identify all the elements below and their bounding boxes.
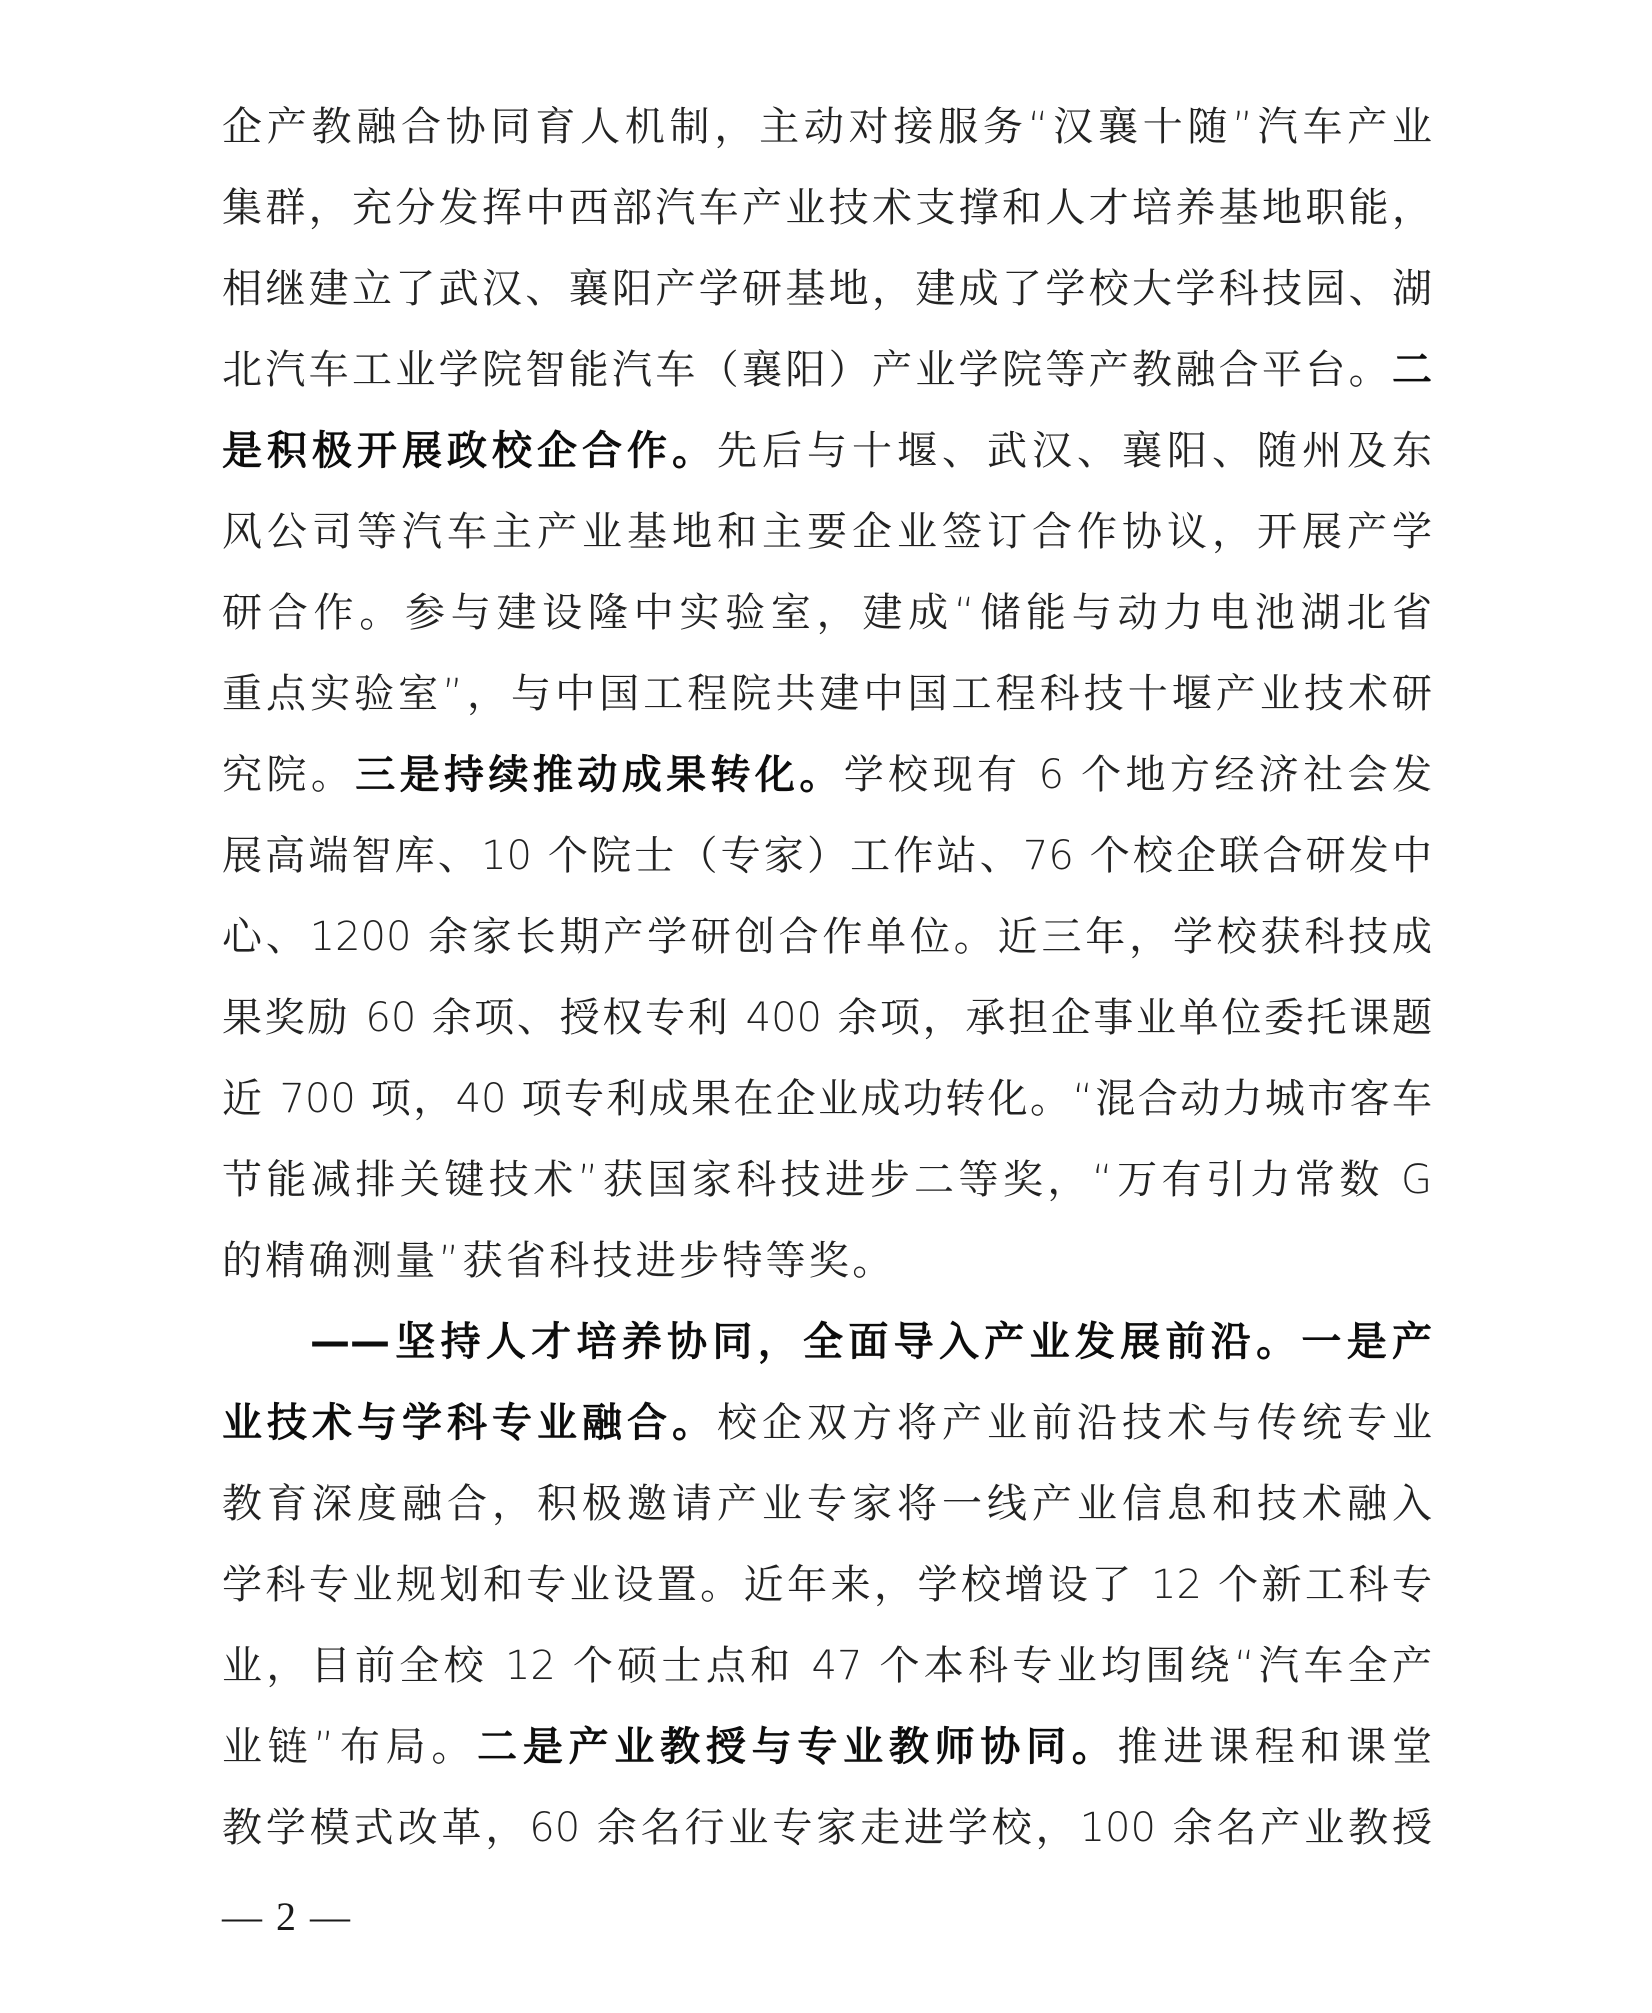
section-heading-run: ——坚持人才培养协同，全面导入产业发展前沿。 <box>310 1319 1301 1365</box>
text-line-16: ——坚持人才培养协同，全面导入产业发展前沿。一是产 <box>222 1313 1432 1394</box>
text-run: 风公司等汽车主产业基地和主要企业签订合作协议，开展产学 <box>222 509 1432 555</box>
text-line-6: 风公司等汽车主产业基地和主要企业签订合作协议，开展产学 <box>222 503 1432 584</box>
text-line-17: 业技术与学科专业融合。校企双方将产业前沿技术与传统专业 <box>222 1394 1432 1475</box>
text-line-3: 相继建立了武汉、襄阳产学研基地，建成了学校大学科技园、湖 <box>222 260 1432 341</box>
text-run: 教育深度融合，积极邀请产业专家将一线产业信息和技术融入 <box>222 1481 1432 1527</box>
text-run: 研合作。参与建设隆中实验室，建成“储能与动力电池湖北省 <box>222 590 1432 636</box>
text-run: 业链”布局。 <box>222 1724 477 1770</box>
text-line-18: 教育深度融合，积极邀请产业专家将一线产业信息和技术融入 <box>222 1475 1432 1556</box>
text-line-21: 业链”布局。二是产业教授与专业教师协同。推进课程和课堂 <box>222 1718 1432 1799</box>
text-run: 校企双方将产业前沿技术与传统专业 <box>717 1400 1432 1446</box>
document-page: 企产教融合协同育人机制，主动对接服务“汉襄十随”汽车产业 集群，充分发挥中西部汽… <box>0 0 1652 2013</box>
text-line-22: 教学模式改革，60 余名行业专家走进学校，100 余名产业教授 <box>222 1799 1432 1880</box>
text-line-14: 节能减排关键技术”获国家科技进步二等奖，“万有引力常数 G <box>222 1151 1432 1232</box>
text-line-8: 重点实验室”，与中国工程院共建中国工程科技十堰产业技术研 <box>222 665 1432 746</box>
text-run: 北汽车工业学院智能汽车（襄阳）产业学院等产教融合平台。 <box>222 347 1392 393</box>
text-run: 的精确测量”获省科技进步特等奖。 <box>222 1238 896 1284</box>
text-run: 学科专业规划和专业设置。近年来，学校增设了 12 个新工科专 <box>222 1562 1432 1608</box>
text-line-19: 学科专业规划和专业设置。近年来，学校增设了 12 个新工科专 <box>222 1556 1432 1637</box>
bold-heading-run: 是积极开展政校企合作。 <box>222 428 717 474</box>
bold-heading-run: 二 <box>1392 347 1432 393</box>
text-line-10: 展高端智库、10 个院士（专家）工作站、76 个校企联合研发中 <box>222 827 1432 908</box>
text-line-13: 近 700 项，40 项专利成果在企业成功转化。“混合动力城市客车 <box>222 1070 1432 1151</box>
text-line-7: 研合作。参与建设隆中实验室，建成“储能与动力电池湖北省 <box>222 584 1432 665</box>
text-run: 心、1200 余家长期产学研创合作单位。近三年，学校获科技成 <box>222 914 1432 960</box>
bold-heading-run: 二是产业教授与专业教师协同。 <box>477 1724 1117 1770</box>
text-run: 相继建立了武汉、襄阳产学研基地，建成了学校大学科技园、湖 <box>222 266 1432 312</box>
text-run: 果奖励 60 余项、授权专利 400 余项，承担企事业单位委托课题 <box>222 995 1432 1041</box>
text-run: 企产教融合协同育人机制，主动对接服务“汉襄十随”汽车产业 <box>222 104 1432 150</box>
text-line-1: 企产教融合协同育人机制，主动对接服务“汉襄十随”汽车产业 <box>222 98 1432 179</box>
text-run: 业，目前全校 12 个硕士点和 47 个本科专业均围绕“汽车全产 <box>222 1643 1432 1689</box>
text-run: 集群，充分发挥中西部汽车产业技术支撑和人才培养基地职能， <box>222 185 1432 231</box>
text-run: 近 700 项，40 项专利成果在企业成功转化。“混合动力城市客车 <box>222 1076 1432 1122</box>
text-run: 教学模式改革，60 余名行业专家走进学校，100 余名产业教授 <box>222 1805 1432 1851</box>
page-number: — 2 — <box>222 1893 352 1941</box>
text-run: 先后与十堰、武汉、襄阳、随州及东 <box>717 428 1432 474</box>
text-run: 重点实验室”，与中国工程院共建中国工程科技十堰产业技术研 <box>222 671 1432 717</box>
body-text: 企产教融合协同育人机制，主动对接服务“汉襄十随”汽车产业 集群，充分发挥中西部汽… <box>222 98 1432 1880</box>
text-line-4: 北汽车工业学院智能汽车（襄阳）产业学院等产教融合平台。二 <box>222 341 1432 422</box>
text-line-15: 的精确测量”获省科技进步特等奖。 <box>222 1232 1432 1313</box>
bold-heading-run: 三是持续推动成果转化。 <box>355 752 844 798</box>
text-line-11: 心、1200 余家长期产学研创合作单位。近三年，学校获科技成 <box>222 908 1432 989</box>
text-run: 究院。 <box>222 752 355 798</box>
bold-heading-run: 业技术与学科专业融合。 <box>222 1400 717 1446</box>
text-line-9: 究院。三是持续推动成果转化。学校现有 6 个地方经济社会发 <box>222 746 1432 827</box>
text-line-12: 果奖励 60 余项、授权专利 400 余项，承担企事业单位委托课题 <box>222 989 1432 1070</box>
bold-heading-run: 一是产 <box>1301 1319 1432 1365</box>
text-run: 学校现有 6 个地方经济社会发 <box>844 752 1432 798</box>
text-run: 推进课程和课堂 <box>1118 1724 1432 1770</box>
text-run: 展高端智库、10 个院士（专家）工作站、76 个校企联合研发中 <box>222 833 1432 879</box>
text-line-2: 集群，充分发挥中西部汽车产业技术支撑和人才培养基地职能， <box>222 179 1432 260</box>
text-run: 节能减排关键技术”获国家科技进步二等奖，“万有引力常数 G <box>222 1157 1432 1203</box>
text-line-5: 是积极开展政校企合作。先后与十堰、武汉、襄阳、随州及东 <box>222 422 1432 503</box>
text-line-20: 业，目前全校 12 个硕士点和 47 个本科专业均围绕“汽车全产 <box>222 1637 1432 1718</box>
